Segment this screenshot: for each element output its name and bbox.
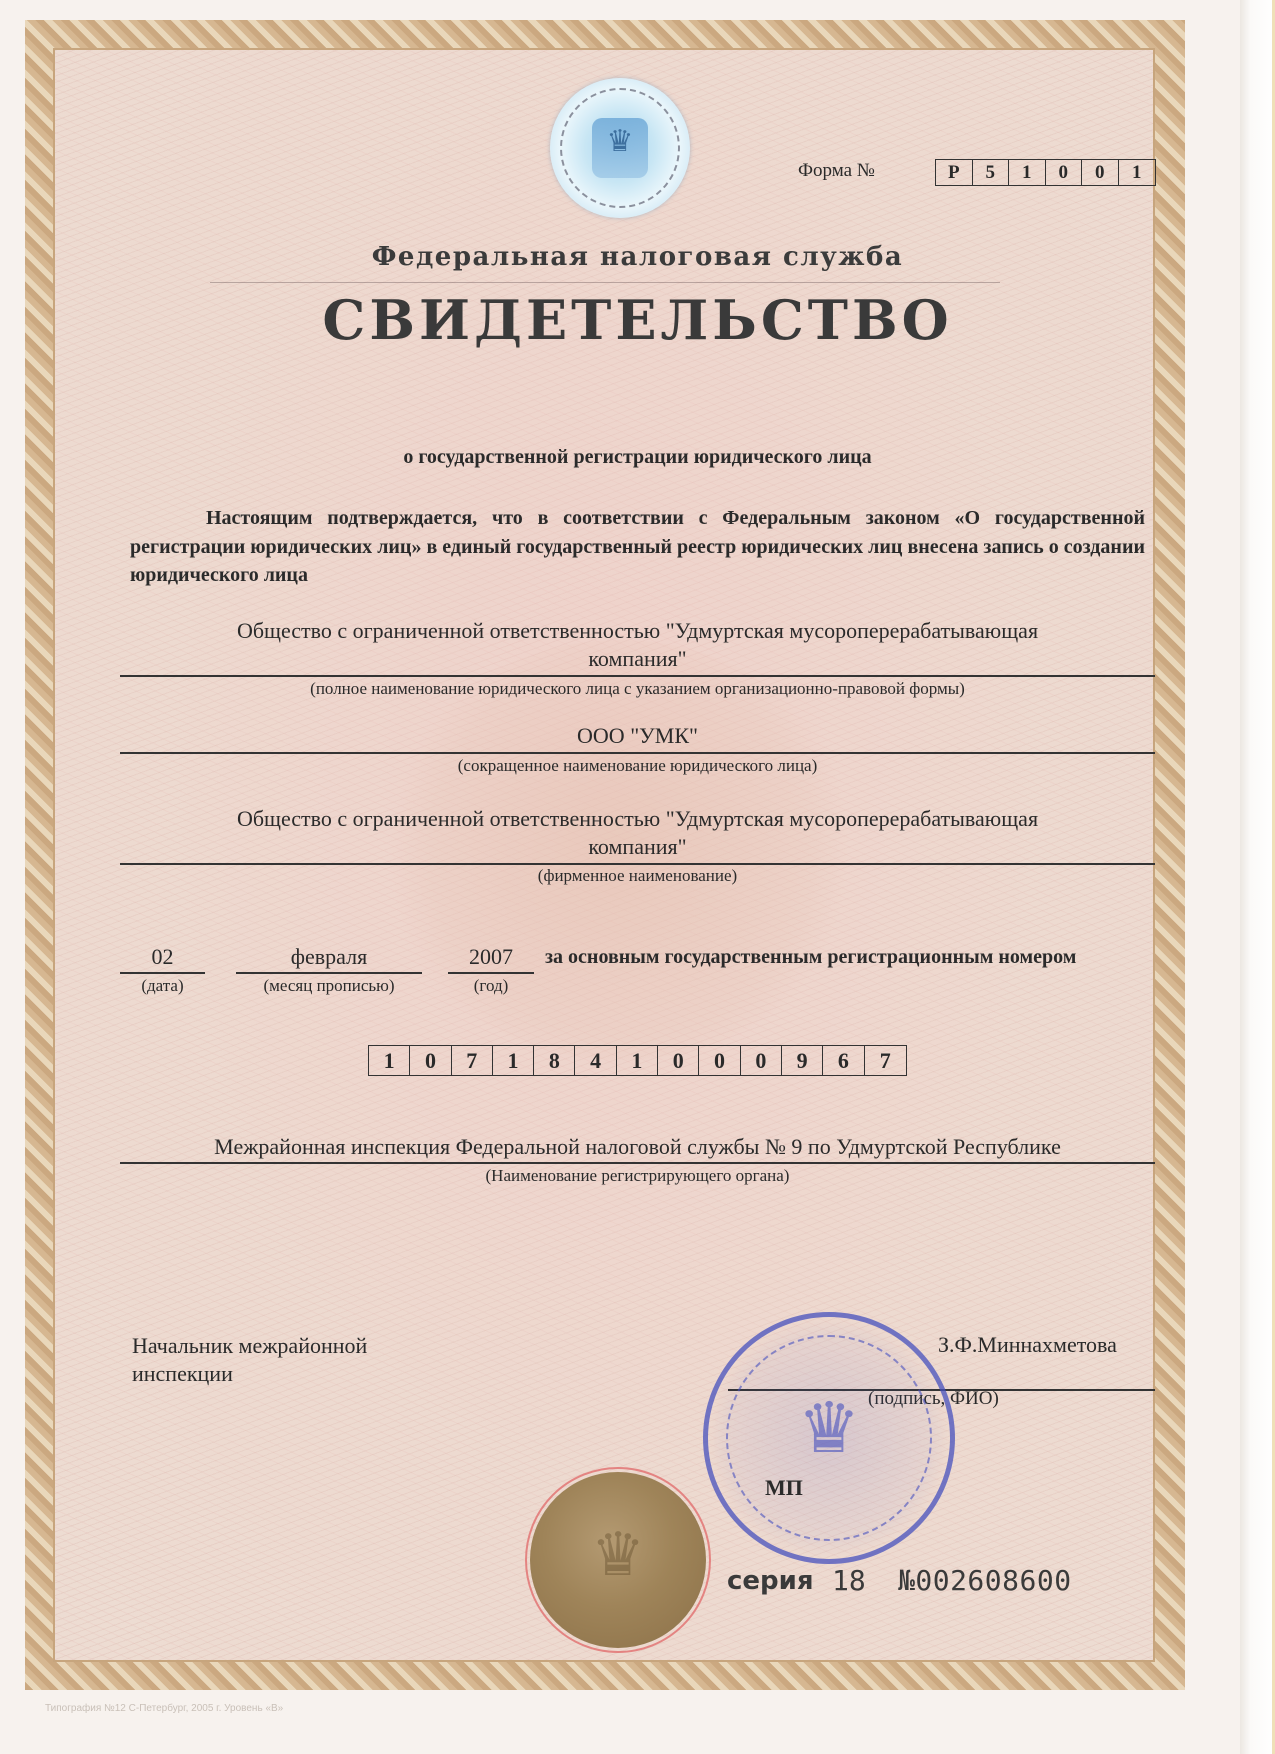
date-day-caption: (дата) [120, 976, 205, 996]
full-name-line2: компания" [120, 645, 1155, 673]
paragraph-text: Настоящим подтверждается, что в соответс… [130, 507, 1145, 586]
form-number-label: Форма № [798, 160, 875, 182]
form-code-cell: 0 [1082, 160, 1119, 185]
ogrn-digit-cell: 7 [865, 1046, 906, 1075]
form-code-cell: Р [936, 160, 973, 185]
ogrn-digit-cell: 9 [782, 1046, 823, 1075]
ogrn-digit-cell: 0 [741, 1046, 782, 1075]
document-subtitle: о государственной регистрации юридическо… [0, 446, 1275, 469]
form-code-cell: 1 [1119, 160, 1156, 185]
printer-imprint: Типография №12 С-Петербург, 2005 г. Уров… [45, 1703, 283, 1714]
signer-name: З.Ф.Миннахметова [938, 1332, 1117, 1358]
ogrn-digit-cell: 0 [699, 1046, 740, 1075]
ogrn-boxes: 1071841000967 [368, 1045, 907, 1076]
signer-position-line2: инспекции [132, 1360, 367, 1388]
ogrn-digit-cell: 1 [617, 1046, 658, 1075]
registration-number-label: за основным государственным регистрацион… [545, 946, 1076, 969]
date-year-caption: (год) [448, 976, 534, 996]
agency-divider [210, 282, 1000, 283]
ogrn-digit-cell: 8 [534, 1046, 575, 1075]
confirmation-paragraph: Настоящим подтверждается, что в соответс… [130, 504, 1145, 590]
ogrn-digit-cell: 0 [658, 1046, 699, 1075]
ogrn-digit-cell: 0 [410, 1046, 451, 1075]
date-year: 2007 [448, 944, 534, 970]
firm-name-line2: компания" [120, 833, 1155, 861]
series-number: 18 [832, 1564, 866, 1597]
stamp-place-label: МП [765, 1475, 803, 1501]
ogrn-digit-cell: 4 [575, 1046, 616, 1075]
ogrn-digit-cell: 1 [369, 1046, 410, 1075]
full-name-underline [120, 675, 1155, 677]
signer-position-line1: Начальник межрайонной [132, 1332, 367, 1360]
authority-underline [120, 1162, 1155, 1164]
serial-number: №002608600 [898, 1564, 1072, 1597]
official-stamp-icon: ♛ [703, 1312, 955, 1564]
ogrn-digit-cell: 7 [452, 1046, 493, 1075]
date-year-underline [448, 972, 534, 974]
ogrn-digit-cell: 6 [823, 1046, 864, 1075]
date-month: февраля [236, 944, 422, 970]
short-name-value: ООО "УМК" [120, 722, 1155, 750]
date-month-caption: (месяц прописью) [236, 976, 422, 996]
full-name-caption: (полное наименование юридического лица с… [120, 679, 1155, 699]
form-code-cell: 5 [973, 160, 1010, 185]
authority-caption: (Наименование регистрирующего органа) [120, 1166, 1155, 1186]
short-name-caption: (сокращенное наименование юридического л… [120, 756, 1155, 776]
form-code-cell: 0 [1046, 160, 1083, 185]
form-code-cell: 1 [1009, 160, 1046, 185]
hologram-icon: ♛ [550, 78, 690, 218]
date-day-underline [120, 972, 205, 974]
short-name-underline [120, 752, 1155, 754]
firm-name-underline [120, 863, 1155, 865]
eagle-icon: ♛ [550, 124, 690, 159]
seal-eagle-icon: ♛ [530, 1520, 706, 1590]
ogrn-digit-cell: 1 [493, 1046, 534, 1075]
full-name-line1: Общество с ограниченной ответственностью… [120, 617, 1155, 645]
document-title: СВИДЕТЕЛЬСТВО [0, 288, 1275, 352]
gold-seal-icon: ♛ [530, 1472, 706, 1648]
series-label: серия [727, 1566, 814, 1596]
firm-name-line1: Общество с ограниченной ответственностью… [120, 805, 1155, 833]
agency-name: Федеральная налоговая служба [0, 242, 1275, 272]
stamp-eagle-icon: ♛ [708, 1387, 950, 1470]
signer-position: Начальник межрайонной инспекции [132, 1332, 367, 1388]
form-number-boxes: Р51001 [935, 159, 1156, 186]
firm-name-caption: (фирменное наименование) [120, 866, 1155, 886]
date-day: 02 [120, 944, 205, 970]
date-month-underline [236, 972, 422, 974]
registering-authority: Межрайонная инспекция Федеральной налого… [120, 1133, 1155, 1161]
